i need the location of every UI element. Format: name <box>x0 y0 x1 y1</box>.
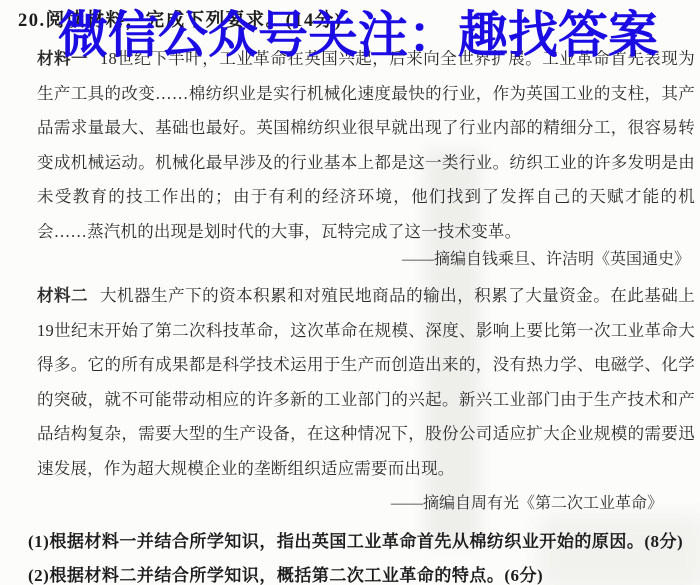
material-1-attribution: ——摘编自钱乘旦、许洁明《英国通史》 <box>402 246 690 269</box>
subquestion-2: (2)根据材料二并结合所学知识，概括第二次工业革命的特点。(6分) <box>28 561 543 585</box>
watermark-text: 微信公众号关注：趣找答案 <box>58 6 658 64</box>
material-2-text: 大机器生产下的资本积累和对殖民地商品的输出，积累了大量资金。在此基础上19世纪末… <box>37 286 695 478</box>
material-1: 材料一18世纪下半叶，工业革命在英国兴起，后来向全世界扩展。工业革命首先表现为生… <box>37 42 695 249</box>
material-1-text: 18世纪下半叶，工业革命在英国兴起，后来向全世界扩展。工业革命首先表现为生产工具… <box>37 49 695 241</box>
exam-page: 20.阅读材料，完成下列要求。(14分) 微信公众号关注：趣找答案 材料一18世… <box>0 0 700 585</box>
subquestion-1: (1)根据材料一并结合所学知识，指出英国工业革命首先从棉纺织业开始的原因。(8分… <box>28 527 683 552</box>
material-2-attribution: ——摘编自周有光《第二次工业革命》 <box>391 490 663 513</box>
material-2-label: 材料二 <box>37 286 88 305</box>
material-2: 材料二大机器生产下的资本积累和对殖民地商品的输出，积累了大量资金。在此基础上19… <box>37 279 695 486</box>
